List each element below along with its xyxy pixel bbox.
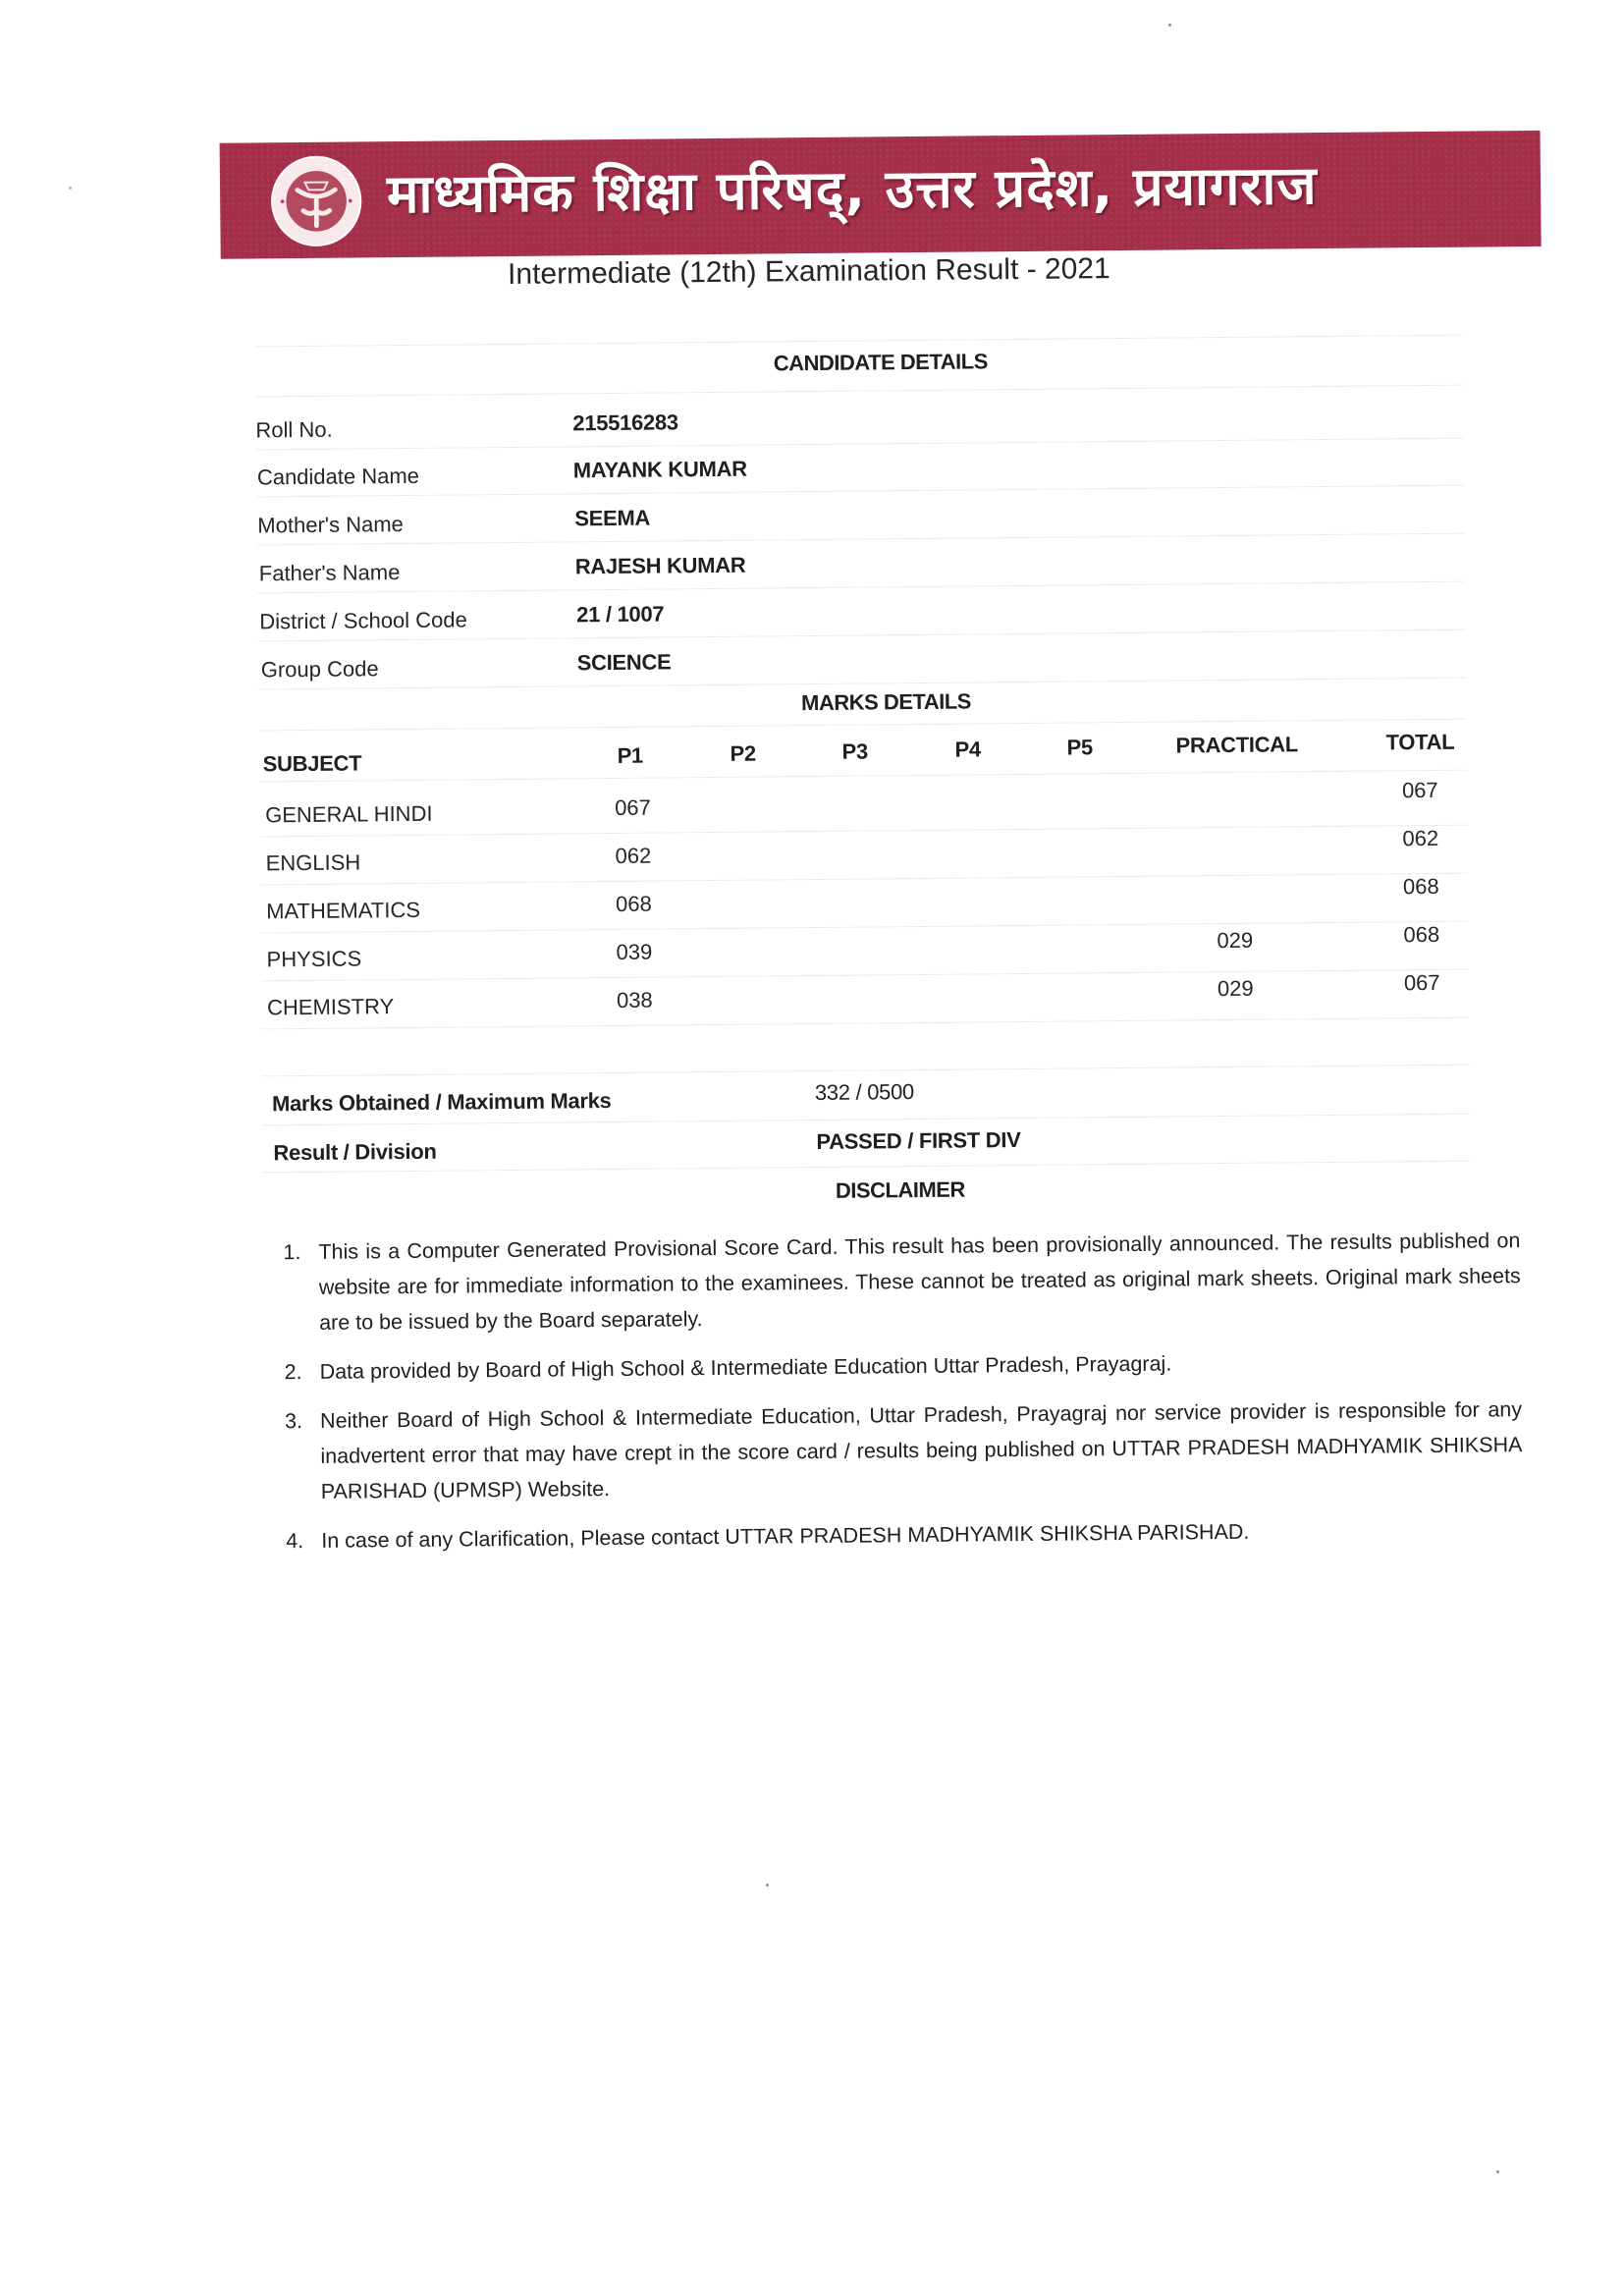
- subject-name: GENERAL HINDI: [265, 801, 433, 829]
- divider: [256, 485, 1464, 498]
- marks-row: ENGLISH062062: [0, 0, 1618, 8]
- marks-obtained-label: Marks Obtained / Maximum Marks: [272, 1088, 612, 1117]
- summary-marks-row: Marks Obtained / Maximum Marks 332 / 050…: [0, 0, 1618, 8]
- p1-marks: 038: [617, 988, 653, 1013]
- practical-marks: 029: [1217, 928, 1253, 954]
- col-p5: P5: [1066, 735, 1093, 760]
- divider: [262, 1065, 1470, 1077]
- marks-row: MATHEMATICS068068: [0, 0, 1618, 8]
- p1-marks: 067: [615, 795, 651, 821]
- total-marks: 067: [1404, 970, 1440, 996]
- total-marks: 067: [1402, 778, 1438, 803]
- divider: [258, 719, 1466, 732]
- divider: [260, 873, 1468, 886]
- header-banner: माध्यमिक शिक्षा परिषद्, उत्तर प्रदेश, प्…: [220, 131, 1542, 259]
- divider: [261, 1017, 1469, 1030]
- field-label: Roll No.: [255, 417, 332, 444]
- scan-speck: [1168, 24, 1171, 27]
- p1-marks: 062: [615, 844, 651, 869]
- marks-header-row: SUBJECT P1 P2 P3 P4 P5 PRACTICAL TOTAL: [0, 0, 1618, 8]
- marks-obtained-value: 332 / 0500: [815, 1079, 914, 1106]
- item-text: This is a Computer Generated Provisional…: [318, 1229, 1521, 1335]
- p1-marks: 039: [616, 940, 652, 965]
- item-number: 2.: [284, 1354, 301, 1390]
- marks-row: PHYSICS039029068: [0, 0, 1618, 8]
- item-number: 4.: [286, 1523, 303, 1558]
- scan-speck: [69, 187, 72, 190]
- marks-row: GENERAL HINDI067067: [0, 0, 1618, 8]
- total-marks: 062: [1402, 826, 1438, 851]
- scan-speck: [1496, 2170, 1499, 2173]
- district-school-code-value: 21 / 1007: [576, 601, 664, 628]
- col-p2: P2: [730, 741, 756, 767]
- candidate-row-roll-no: Roll No. 215516283: [0, 0, 1618, 8]
- father-name-value: RAJESH KUMAR: [575, 553, 746, 580]
- col-p4: P4: [954, 737, 981, 762]
- scan-speck: [766, 1884, 769, 1886]
- item-number: 1.: [283, 1234, 300, 1270]
- subject-name: ENGLISH: [266, 849, 361, 876]
- field-label: Candidate Name: [257, 464, 419, 491]
- divider: [259, 770, 1467, 783]
- disclaimer-item: 1. This is a Computer Generated Provisio…: [283, 1223, 1521, 1340]
- item-number: 3.: [285, 1403, 302, 1439]
- disclaimer-item: 4. In case of any Clarification, Please …: [286, 1511, 1523, 1558]
- candidate-row-name: Candidate Name MAYANK KUMAR: [0, 0, 1618, 8]
- disclaimer-title: DISCLAIMER: [836, 1177, 965, 1204]
- divider: [263, 1161, 1471, 1174]
- subject-name: PHYSICS: [266, 946, 361, 972]
- group-code-value: SCIENCE: [577, 649, 672, 676]
- divider: [258, 678, 1466, 690]
- candidate-row-father: Father's Name RAJESH KUMAR: [0, 0, 1618, 8]
- col-p1: P1: [617, 743, 643, 769]
- result-page: माध्यमिक शिक्षा परिषद्, उत्तर प्रदेश, प्…: [0, 0, 1624, 2296]
- divider: [260, 921, 1468, 934]
- divider: [257, 581, 1465, 594]
- item-text: In case of any Clarification, Please con…: [321, 1520, 1249, 1553]
- divider: [261, 969, 1469, 982]
- candidate-details-table: Roll No. 215516283 Candidate Name MAYANK…: [0, 0, 1618, 8]
- divider: [256, 438, 1464, 451]
- p1-marks: 068: [616, 892, 652, 917]
- candidate-name-value: MAYANK KUMAR: [573, 457, 747, 484]
- total-marks: 068: [1403, 922, 1439, 948]
- mother-name-value: SEEMA: [574, 506, 650, 532]
- field-label: Mother's Name: [257, 512, 404, 538]
- result-division-value: PASSED / FIRST DIV: [816, 1127, 1020, 1155]
- divider: [255, 335, 1463, 348]
- org-name-hindi: माध्यमिक शिक्षा परिषद्, उत्तर प्रदेश, प्…: [387, 146, 1318, 228]
- upmsp-emblem-icon: [269, 153, 364, 248]
- col-p3: P3: [841, 738, 868, 764]
- candidate-row-mother: Mother's Name SEEMA: [0, 0, 1618, 8]
- subject-name: CHEMISTRY: [267, 994, 394, 1020]
- field-label: District / School Code: [259, 607, 467, 634]
- divider: [257, 533, 1465, 546]
- disclaimer-list: 1. This is a Computer Generated Provisio…: [283, 1223, 1523, 1572]
- result-division-label: Result / Division: [273, 1139, 436, 1167]
- divider: [255, 385, 1463, 398]
- field-label: Group Code: [261, 656, 379, 683]
- subject-name: MATHEMATICS: [266, 898, 420, 925]
- item-text: Data provided by Board of High School & …: [320, 1352, 1172, 1384]
- summary-result-row: Result / Division PASSED / FIRST DIV: [0, 0, 1618, 8]
- marks-details-title: MARKS DETAILS: [801, 688, 971, 716]
- marks-rows: GENERAL HINDI067067ENGLISH062062MATHEMAT…: [0, 0, 1618, 8]
- field-label: Father's Name: [259, 560, 401, 586]
- disclaimer-item: 3. Neither Board of High School & Interm…: [285, 1392, 1523, 1509]
- divider: [259, 825, 1467, 838]
- practical-marks: 029: [1218, 976, 1254, 1002]
- roll-number-value: 215516283: [572, 410, 678, 436]
- candidate-row-group: Group Code SCIENCE: [0, 0, 1618, 8]
- total-marks: 068: [1403, 874, 1439, 900]
- disclaimer-item: 2. Data provided by Board of High School…: [284, 1342, 1521, 1390]
- marks-table: SUBJECT P1 P2 P3 P4 P5 PRACTICAL TOTAL G…: [0, 0, 1618, 8]
- col-practical: PRACTICAL: [1175, 732, 1298, 758]
- candidate-row-district-school: District / School Code 21 / 1007: [0, 0, 1618, 8]
- col-total: TOTAL: [1385, 730, 1454, 756]
- candidate-details-title: CANDIDATE DETAILS: [774, 349, 988, 376]
- col-subject: SUBJECT: [263, 750, 362, 777]
- marks-row: CHEMISTRY038029067: [0, 0, 1618, 8]
- item-text: Neither Board of High School & Intermedi…: [320, 1397, 1523, 1503]
